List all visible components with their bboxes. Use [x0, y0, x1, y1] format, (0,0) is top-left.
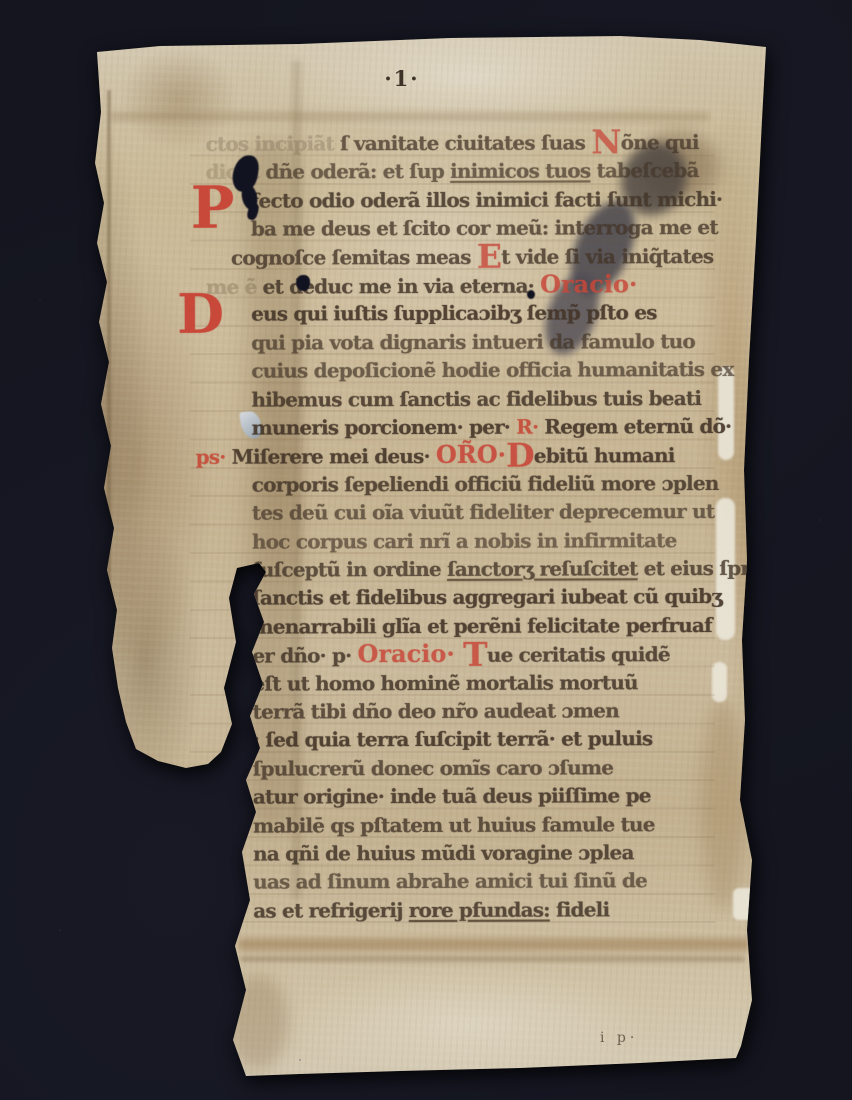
- text-segment: õne qui: [621, 130, 699, 154]
- manuscript-line: me ẽ et deduc me in via eterna· Oracio·: [206, 271, 637, 300]
- text-segment: rore pfundas:: [409, 897, 550, 921]
- manuscript-line: fecto odio oderã illos inimici facti ſun…: [251, 186, 723, 214]
- text-segment: eſt ut homo hominẽ mortalis mortuũ: [252, 670, 637, 695]
- manuscript-line: as et refrigerij rore pfundas: fideli: [253, 896, 609, 923]
- manuscript-line: cognoſce ſemitas meas Et vide ſi via ini…: [231, 243, 713, 271]
- manuscript-line: hoc corpus cari nrĩ a nobis in infirmita…: [252, 527, 677, 554]
- text-segment: tabeſcebã: [590, 158, 698, 182]
- text-segment: Oracio·: [540, 269, 637, 298]
- text-segment: atur origine· inde tuã deus piiſſime pe: [253, 783, 651, 808]
- text-segment: t vide ſi via iniq̃tates: [501, 244, 713, 269]
- text-segment: inimicos tuos: [450, 159, 590, 183]
- text-segment: eus qui iuſtis ſupplicaɔibʒ ſemp̃ pſto e…: [251, 301, 657, 326]
- manuscript-line: atur origine· inde tuã deus piiſſime pe: [253, 782, 651, 809]
- text-segment: ſanctis et fidelibus aggregari iubeat cũ…: [252, 584, 722, 610]
- text-segment: fideli: [550, 897, 610, 921]
- text-segment: cognoſce ſemitas meas: [231, 244, 477, 269]
- text-segment: OR̃O·: [436, 440, 506, 469]
- text-segment: tes deũ cui oĩa viuũt fideliter deprecem…: [252, 499, 715, 525]
- manuscript-line: cuius depoſicionẽ hodie officia humanita…: [251, 356, 733, 384]
- manuscript-line: uas ad ſinum abrahe amici tui ſinũ de: [253, 868, 647, 895]
- leaf-shadow-wrap: ·1· ctos incipiãt ſ vanitate ciuitates ſ…: [0, 0, 852, 1100]
- text-segment: hibemus cum ſanctis ac fidelibus tuis be…: [251, 386, 701, 412]
- rubric-initial: D: [177, 293, 224, 336]
- text-segment: D: [506, 436, 534, 475]
- text-segment: terrã tibi dño deo nr̃o audeat ɔmen: [253, 698, 619, 723]
- manuscript-line: ſanctis et fidelibus aggregari iubeat cũ…: [252, 583, 722, 611]
- text-segment: ps·: [196, 445, 226, 469]
- text-segment: corporis ſepeliendi officiũ fideliũ more…: [252, 471, 719, 497]
- manuscript-line: qui pia vota dignaris intueri da famulo …: [251, 328, 695, 356]
- manuscript-line: ſuſceptũ in ordine ſanctorʒ reſuſcitet e…: [252, 555, 761, 583]
- manuscript-line: na qñi de huius mũdi voragine ɔplea: [253, 839, 634, 866]
- text-block: ctos incipiãt ſ vanitate ciuitates ſuas …: [0, 0, 852, 1100]
- manuscript-line: terrã tibi dño deo nr̃o audeat ɔmen: [253, 697, 619, 724]
- text-segment: ſpulucrerũ donec omĩs caro ɔſume: [253, 755, 613, 780]
- text-segment: : ſed quia terra ſuſcipit terrã· et pulu…: [253, 727, 653, 752]
- text-segment: ſuſceptũ in ordine: [252, 557, 447, 582]
- text-segment: na qñi de huius mũdi voragine ɔplea: [253, 840, 634, 865]
- manuscript-line: er dño· p· Oracio· Tue ceritatis quidẽ: [252, 640, 670, 668]
- text-segment: ctos incipiãt: [206, 131, 334, 155]
- text-segment: as et refrigerij: [253, 898, 409, 923]
- manuscript-line: ctos incipiãt ſ vanitate ciuitates ſuas …: [206, 129, 699, 157]
- text-segment: et eius ſpm̃: [638, 556, 761, 580]
- manuscript-line: muneris porcionem· per· R· Regem eternũ …: [252, 413, 732, 441]
- inscription-bottom: i p·: [600, 1030, 638, 1046]
- text-segment: cuius depoſicionẽ hodie officia humanita…: [251, 357, 733, 383]
- rubric-initial: P: [191, 185, 235, 232]
- text-segment: dñe oderã: et ſup: [259, 159, 450, 184]
- manuscript-line: ſpulucrerũ donec omĩs caro ɔſume: [253, 754, 613, 781]
- text-segment: Regem eternũ dõ·: [538, 414, 731, 439]
- text-segment: qui pia vota dignaris intueri da famulo …: [251, 329, 695, 355]
- manuscript-line: hibemus cum ſanctis ac fidelibus tuis be…: [251, 385, 701, 413]
- text-segment: ſ vanitate ciuitates ſuas: [334, 130, 591, 155]
- manuscript-line: : ſed quia terra ſuſcipit terrã· et pulu…: [253, 726, 653, 753]
- manuscript-line: tes deũ cui oĩa viuũt fideliter deprecem…: [252, 498, 715, 526]
- manuscript-line: corporis ſepeliendi officiũ fideliũ more…: [252, 470, 719, 498]
- text-segment: muneris porcionem· per·: [252, 415, 517, 440]
- text-segment: N: [591, 122, 621, 161]
- text-segment: fecto odio oderã illos inimici facti ſun…: [251, 187, 723, 213]
- photograph: ·1· ctos incipiãt ſ vanitate ciuitates ſ…: [0, 0, 852, 1100]
- text-segment: uas ad ſinum abrahe amici tui ſinũ de: [253, 869, 647, 894]
- text-segment: ebitũ humani: [534, 444, 675, 468]
- text-segment: Miſerere mei deus·: [225, 444, 435, 469]
- text-segment: hoc corpus cari nrĩ a nobis in infirmita…: [252, 528, 677, 553]
- text-segment: T: [463, 635, 487, 674]
- manuscript-line: eus qui iuſtis ſupplicaɔibʒ ſemp̃ pſto e…: [251, 300, 657, 327]
- text-segment: Oracio·: [357, 639, 463, 668]
- text-segment: er dño· p·: [252, 643, 357, 667]
- manuscript-line: eſt ut homo hominẽ mortalis mortuũ: [252, 669, 637, 696]
- text-segment: et deduc me in via eterna·: [263, 274, 541, 299]
- text-segment: mabilē qs pſtatem ut huius famule tue: [253, 812, 655, 837]
- text-segment: ue ceritatis quidẽ: [487, 642, 670, 667]
- text-segment: ſanctorʒ reſuſcitet: [447, 556, 638, 581]
- manuscript-line: dicũt dñe oderã: et ſup inimicos tuos ta…: [206, 157, 699, 185]
- manuscript-line: mabilē qs pſtatem ut huius famule tue: [253, 811, 655, 838]
- text-segment: E: [477, 236, 501, 275]
- manuscript-line: ps· Miſerere mei deus· OR̃O·Debitũ human…: [196, 442, 675, 471]
- manuscript-leaf: ·1· ctos incipiãt ſ vanitate ciuitates ſ…: [0, 0, 852, 1100]
